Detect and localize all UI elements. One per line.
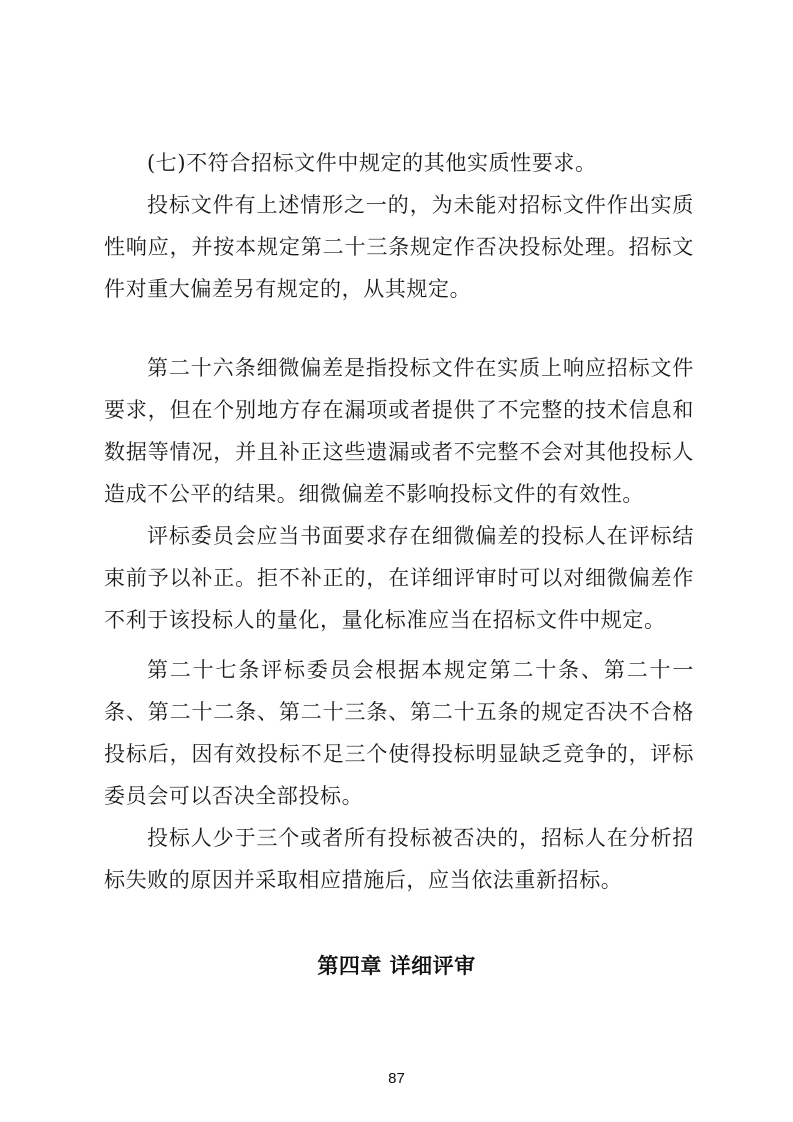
- paragraph-article-27-rebid: 投标人少于三个或者所有投标被否决的，招标人在分析招标失败的原因并采取相应措施后，…: [104, 817, 694, 901]
- paragraph-major-deviation-rule: 投标文件有上述情形之一的，为未能对招标文件作出实质性响应，并按本规定第二十三条规…: [104, 184, 694, 310]
- chapter-heading: 第四章 详细评审: [0, 950, 793, 982]
- text-block-major-deviation: (七)不符合招标文件中规定的其他实质性要求。 投标文件有上述情形之一的，为未能对…: [104, 142, 694, 310]
- paragraph-article-26-correction: 评标委员会应当书面要求存在细微偏差的投标人在评标结束前予以补正。拒不补正的，在详…: [104, 515, 694, 641]
- page-number: 87: [0, 1069, 793, 1089]
- paragraph-article-26: 第二十六条细微偏差是指投标文件在实质上响应招标文件要求，但在个别地方存在漏项或者…: [104, 347, 694, 515]
- paragraph-article-27: 第二十七条评标委员会根据本规定第二十条、第二十一条、第二十二条、第二十三条、第二…: [104, 649, 694, 817]
- text-block-article-27: 第二十七条评标委员会根据本规定第二十条、第二十一条、第二十二条、第二十三条、第二…: [104, 649, 694, 901]
- paragraph-item-7: (七)不符合招标文件中规定的其他实质性要求。: [104, 142, 694, 184]
- text-block-article-26: 第二十六条细微偏差是指投标文件在实质上响应招标文件要求，但在个别地方存在漏项或者…: [104, 347, 694, 641]
- document-page: (七)不符合招标文件中规定的其他实质性要求。 投标文件有上述情形之一的，为未能对…: [0, 0, 793, 1122]
